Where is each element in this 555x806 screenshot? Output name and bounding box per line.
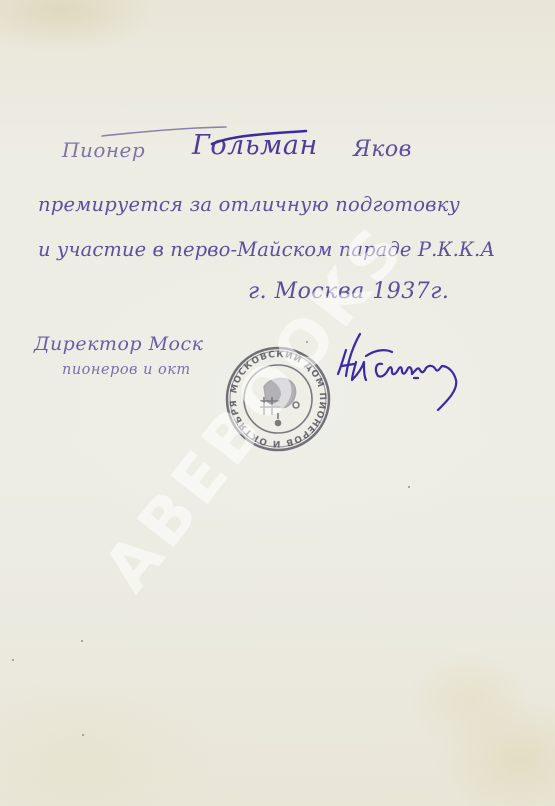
- text-signatory-org: пионеров и окт: [62, 362, 191, 378]
- text-signatory-title: Директор Моск: [34, 333, 203, 355]
- text-title-word: Пионер: [62, 138, 145, 162]
- text-participation-line: и участие в перво-Майском параде Р.К.К.А: [38, 238, 495, 261]
- paper-speck: [81, 640, 83, 642]
- paper-speck: [82, 734, 84, 736]
- paper-speck: [408, 486, 410, 488]
- text-award-line: премируется за отличную подготовку: [38, 193, 460, 216]
- flourish-over-surname: [210, 128, 310, 148]
- text-given-name: Яков: [353, 137, 412, 162]
- paper-speck: [12, 659, 14, 661]
- paper-speck: [306, 341, 308, 343]
